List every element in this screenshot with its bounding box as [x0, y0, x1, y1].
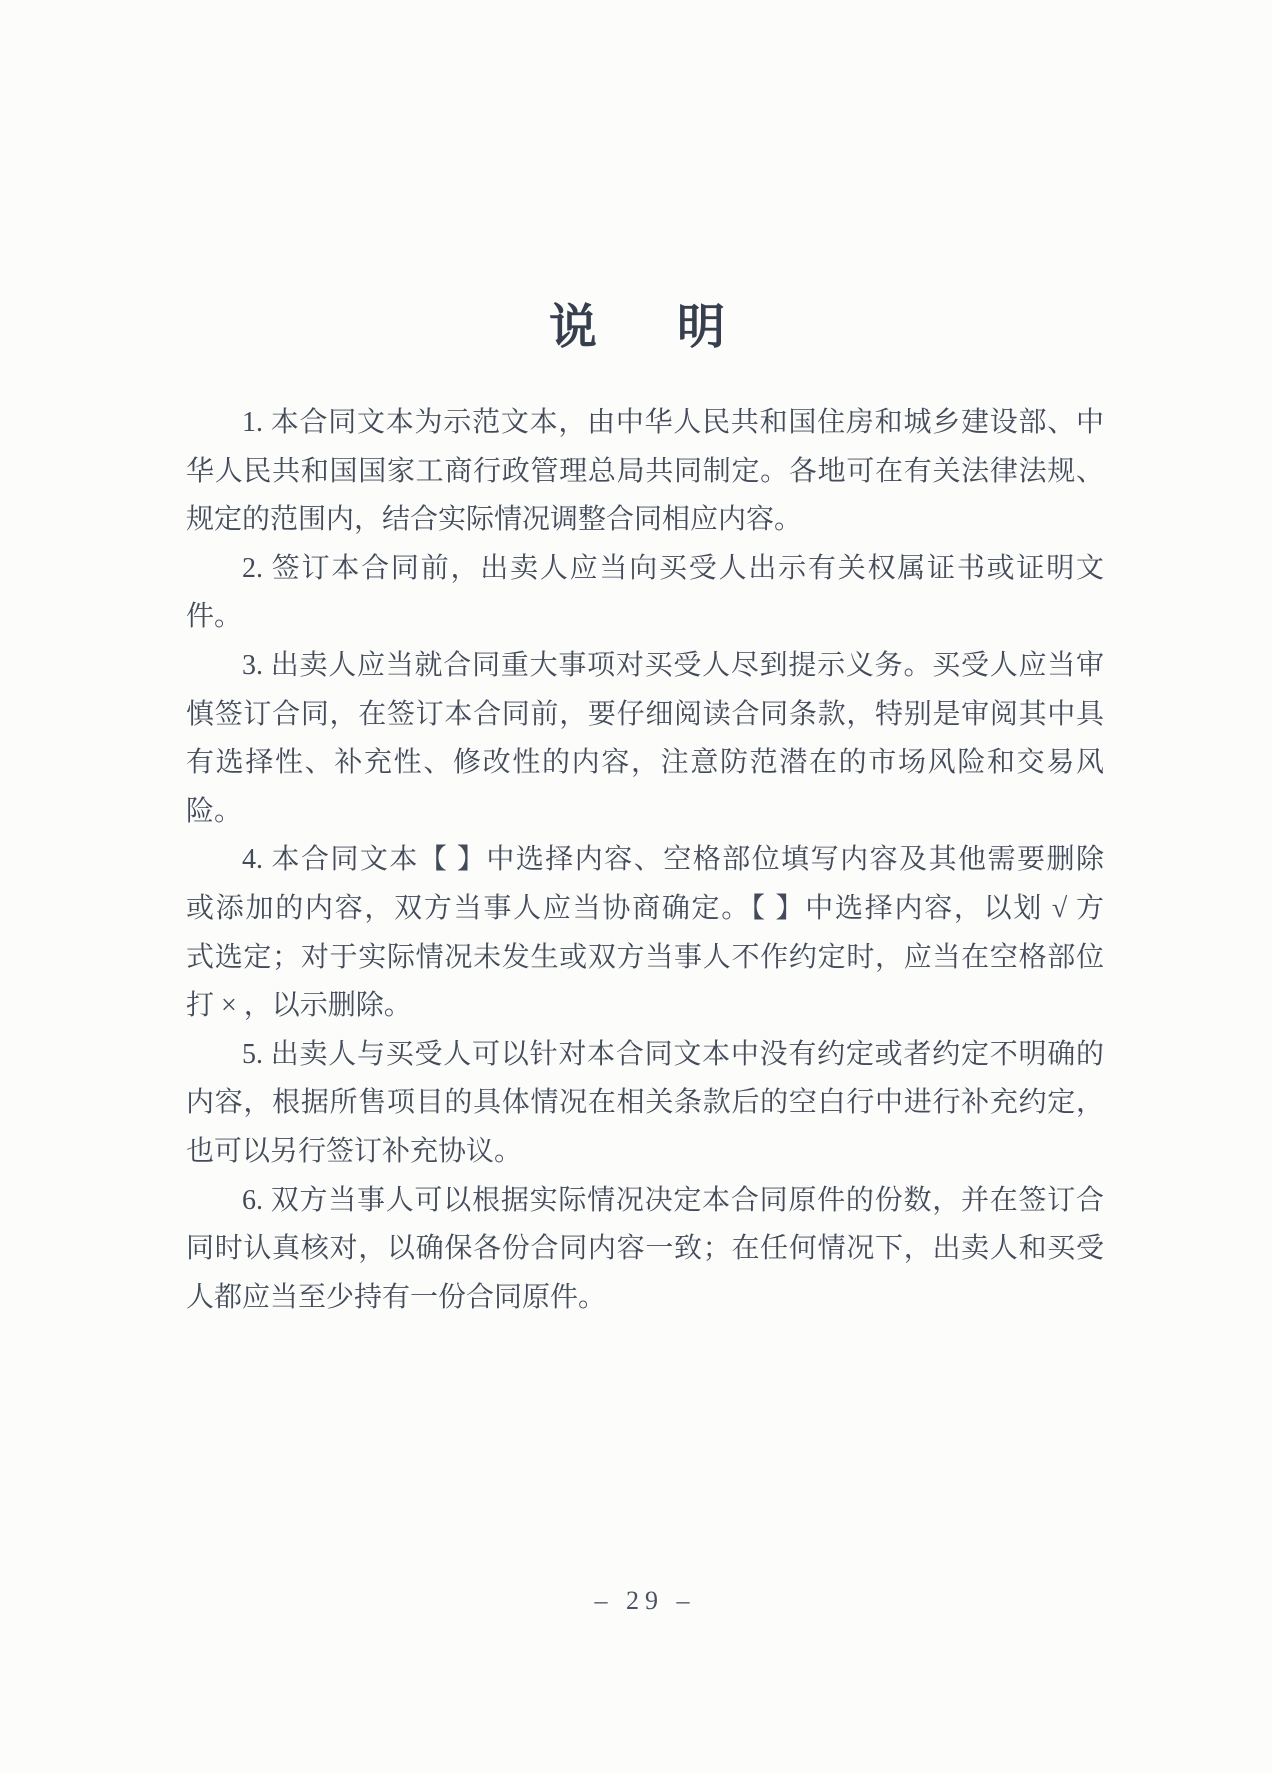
paragraph-line: 2. 签订本合同前，出卖人应当向买受人出示有关权属证书或证明文 [186, 545, 1104, 594]
paragraph: 3. 出卖人应当就合同重大事项对买受人尽到提示义务。买受人应当审慎签订合同，在签… [186, 642, 1104, 836]
paragraph-line: 或添加的内容，双方当事人应当协商确定。【 】中选择内容，以划 √ 方 [186, 885, 1104, 934]
document-page: 说 明 1. 本合同文本为示范文本，由中华人民共和国住房和城乡建设部、中华人民共… [0, 0, 1272, 1774]
paragraph-line: 打 × ，以示删除。 [186, 982, 1104, 1031]
paragraph-line: 6. 双方当事人可以根据实际情况决定本合同原件的份数，并在签订合 [186, 1177, 1104, 1226]
paragraph-line: 同时认真核对，以确保各份合同内容一致；在任何情况下，出卖人和买受 [186, 1225, 1104, 1274]
paragraph-line: 1. 本合同文本为示范文本，由中华人民共和国住房和城乡建设部、中 [186, 399, 1104, 448]
paragraph-line: 人都应当至少持有一份合同原件。 [186, 1274, 1104, 1323]
paragraph-line: 规定的范围内，结合实际情况调整合同相应内容。 [186, 496, 1104, 545]
paragraph-line: 险。 [186, 788, 1104, 837]
paragraph: 2. 签订本合同前，出卖人应当向买受人出示有关权属证书或证明文件。 [186, 545, 1104, 642]
document-body: 1. 本合同文本为示范文本，由中华人民共和国住房和城乡建设部、中华人民共和国国家… [186, 399, 1104, 1322]
paragraph-line: 慎签订合同，在签订本合同前，要仔细阅读合同条款，特别是审阅其中具 [186, 691, 1104, 740]
paragraph: 4. 本合同文本【 】中选择内容、空格部位填写内容及其他需要删除或添加的内容，双… [186, 836, 1104, 1030]
page-number: – 29 – [186, 1586, 1104, 1616]
paragraph-line: 有选择性、补充性、修改性的内容，注意防范潜在的市场风险和交易风 [186, 739, 1104, 788]
paragraph: 5. 出卖人与买受人可以针对本合同文本中没有约定或者约定不明确的内容，根据所售项… [186, 1031, 1104, 1177]
paragraph-line: 华人民共和国国家工商行政管理总局共同制定。各地可在有关法律法规、 [186, 448, 1104, 497]
paragraph-line: 5. 出卖人与买受人可以针对本合同文本中没有约定或者约定不明确的 [186, 1031, 1104, 1080]
paragraph-line: 件。 [186, 593, 1104, 642]
paragraph-line: 3. 出卖人应当就合同重大事项对买受人尽到提示义务。买受人应当审 [186, 642, 1104, 691]
paragraph-line: 内容，根据所售项目的具体情况在相关条款后的空白行中进行补充约定， [186, 1079, 1104, 1128]
paragraph-line: 式选定；对于实际情况未发生或双方当事人不作约定时，应当在空格部位 [186, 934, 1104, 983]
paragraph-line: 也可以另行签订补充协议。 [186, 1128, 1104, 1177]
paragraph-line: 4. 本合同文本【 】中选择内容、空格部位填写内容及其他需要删除 [186, 836, 1104, 885]
paragraph: 1. 本合同文本为示范文本，由中华人民共和国住房和城乡建设部、中华人民共和国国家… [186, 399, 1104, 545]
document-title: 说 明 [186, 288, 1104, 357]
paragraph: 6. 双方当事人可以根据实际情况决定本合同原件的份数，并在签订合同时认真核对，以… [186, 1177, 1104, 1323]
